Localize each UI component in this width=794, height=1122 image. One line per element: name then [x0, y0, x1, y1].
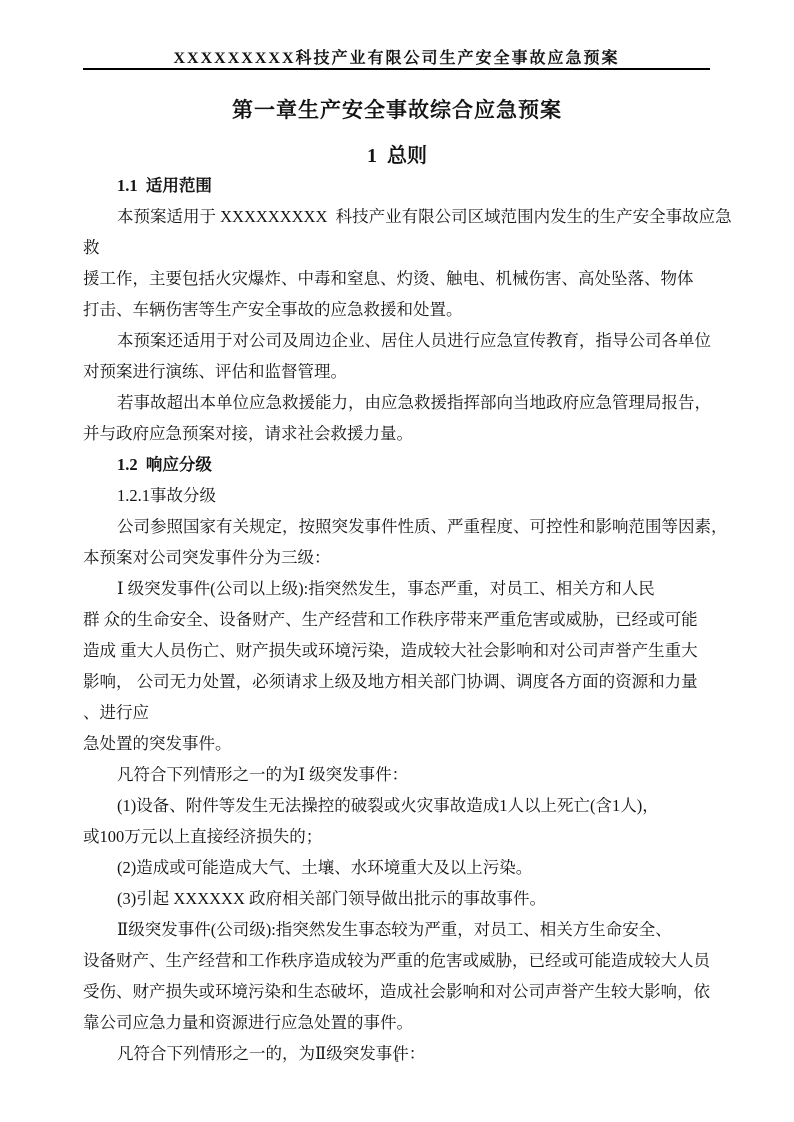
document-body: 1.1 适用范围本预案适用于 XXXXXXXXX 科技产业有限公司区域范围内发生…: [83, 170, 745, 1069]
paragraph: (3)引起 XXXXXX 政府相关部门领导做出批示的事故事件。: [83, 883, 745, 914]
paragraph: Ⅱ级突发事件(公司级):指突然发生事态较为严重，对员工、相关方生命安全、 设备财…: [83, 914, 745, 1038]
section-title: 1 总则: [0, 139, 794, 168]
page-title: 第一章生产安全事故综合应急预案: [0, 94, 794, 124]
paragraph: (2)造成或可能造成大气、土壤、水环境重大及以上污染。: [83, 852, 745, 883]
paragraph: 公司参照国家有关规定，按照突发事件性质、严重程度、可控性和影响范围等因素， 本预…: [83, 511, 745, 573]
paragraph: 1.2.1事故分级: [83, 480, 745, 511]
document-page: XXXXXXXXX科技产业有限公司生产安全事故应急预案 第一章生产安全事故综合应…: [0, 0, 794, 1122]
paragraph: Ⅰ 级突发事件(公司以上级):指突然发生，事态严重，对员工、相关方和人民 群 众…: [83, 573, 745, 759]
section-heading: 1.1 适用范围: [83, 170, 745, 201]
paragraph: 本预案适用于 XXXXXXXXX 科技产业有限公司区域范围内发生的生产安全事故应…: [83, 201, 745, 325]
page-footer: 1: [0, 1053, 794, 1067]
page-header: XXXXXXXXX科技产业有限公司生产安全事故应急预案: [83, 0, 710, 70]
section-heading: 1.2 响应分级: [83, 449, 745, 480]
paragraph: (1)设备、附件等发生无法操控的破裂或火灾事故造成1人以上死亡(含1人)， 或1…: [83, 790, 745, 852]
page-number: 1: [395, 1054, 400, 1065]
paragraph: 凡符合下列情形之一的为Ⅰ 级突发事件：: [83, 759, 745, 790]
paragraph: 本预案还适用于对公司及周边企业、居住人员进行应急宣传教育，指导公司各单位 对预案…: [83, 325, 745, 387]
header-title: XXXXXXXXX科技产业有限公司生产安全事故应急预案: [174, 45, 620, 68]
paragraph: 若事故超出本单位应急救援能力，由应急救援指挥部向当地政府应急管理局报告， 并与政…: [83, 387, 745, 449]
